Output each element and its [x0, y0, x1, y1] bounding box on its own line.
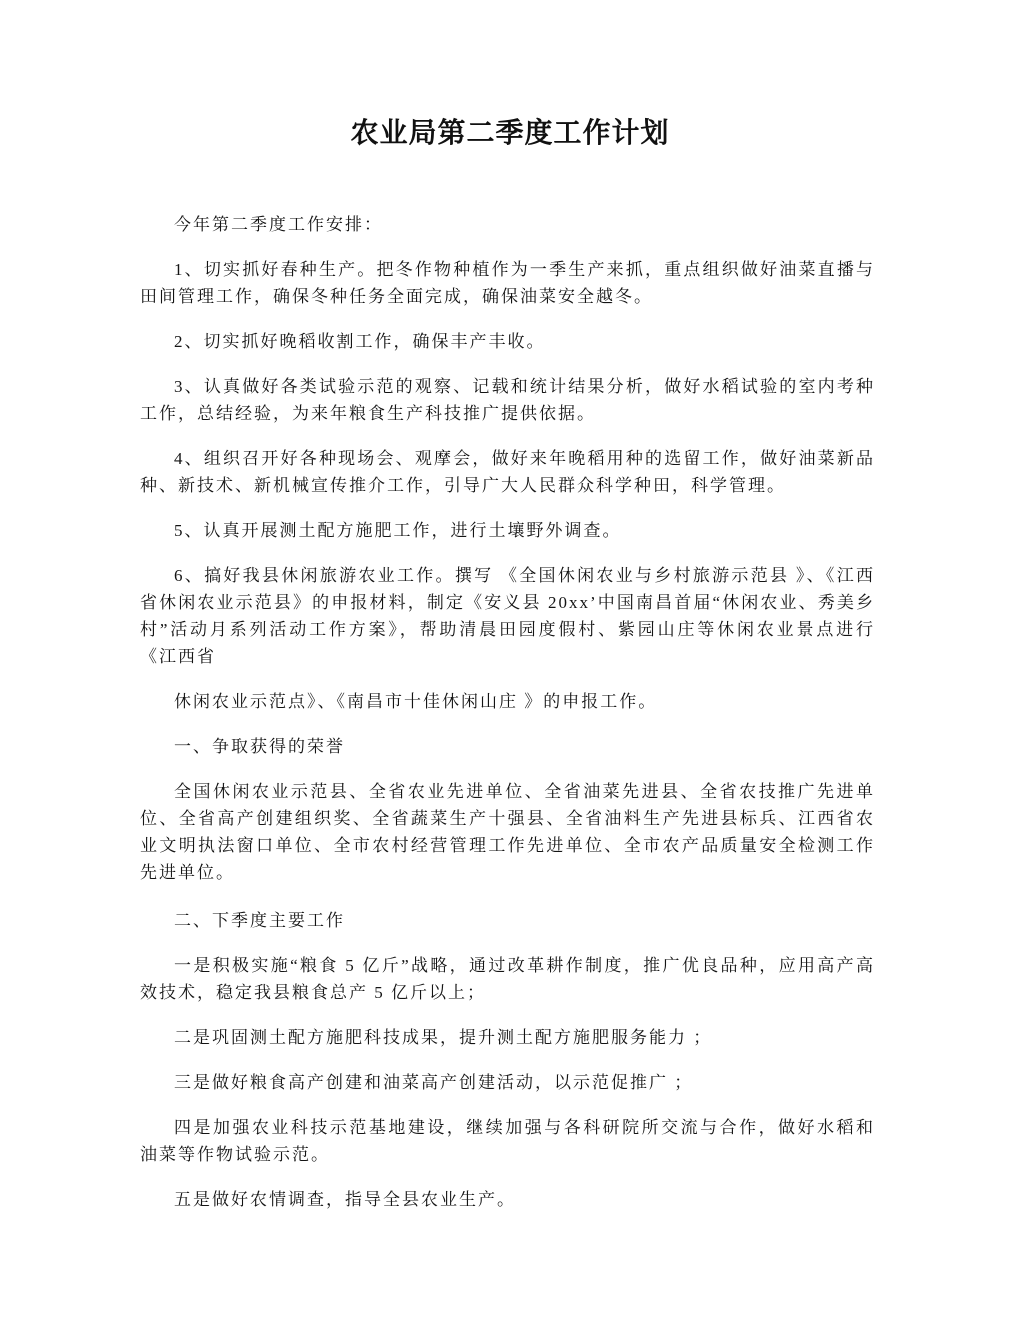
honors-list: 全国休闲农业示范县、全省农业先进单位、全省油菜先进县、全省农技推广先进单位、全省…	[140, 778, 875, 886]
numbered-item-1: 1、切实抓好春种生产。把冬作物种植作为一季生产来抓，重点组织做好油菜直播与田间管…	[140, 256, 875, 310]
task-item-2: 二是巩固测土配方施肥科技成果，提升测土配方施肥服务能力 ；	[140, 1024, 875, 1051]
numbered-item-2: 2、切实抓好晚稻收割工作，确保丰产丰收。	[140, 328, 875, 355]
numbered-item-6-continuation: 休闲农业示范点》、《南昌市十佳休闲山庄 》的申报工作。	[140, 688, 875, 715]
section-heading-next-quarter: 二、下季度主要工作	[140, 907, 875, 934]
document-page: 农业局第二季度工作计划 今年第二季度工作安排： 1、切实抓好春种生产。把冬作物种…	[0, 0, 1020, 1320]
document-title-text: 农业局第二季度工作计划	[350, 118, 669, 149]
numbered-item-3: 3、认真做好各类试验示范的观察、记载和统计结果分析，做好水稻试验的室内考种工作，…	[140, 373, 875, 427]
numbered-item-6: 6、搞好我县休闲旅游农业工作。撰写 《全国休闲农业与乡村旅游示范县 》、《江西省…	[140, 562, 875, 670]
numbered-item-4: 4、组织召开好各种现场会、观摩会，做好来年晚稻用种的选留工作，做好油菜新品种、新…	[140, 445, 875, 499]
numbered-item-5: 5、认真开展测土配方施肥工作，进行土壤野外调查。	[140, 517, 875, 544]
intro-line: 今年第二季度工作安排：	[140, 211, 875, 238]
section-heading-honors: 一、争取获得的荣誉	[140, 733, 875, 760]
document-body: 今年第二季度工作安排： 1、切实抓好春种生产。把冬作物种植作为一季生产来抓，重点…	[140, 211, 875, 1213]
document-title: 农业局第二季度工作计划	[0, 0, 1020, 149]
task-item-3: 三是做好粮食高产创建和油菜高产创建活动，以示范促推广 ；	[140, 1069, 875, 1096]
task-item-4: 四是加强农业科技示范基地建设，继续加强与各科研院所交流与合作，做好水稻和油菜等作…	[140, 1114, 875, 1168]
task-item-5: 五是做好农情调查，指导全县农业生产。	[140, 1186, 875, 1213]
task-item-1: 一是积极实施“粮食 5 亿斤”战略，通过改革耕作制度，推广优良品种，应用高产高效…	[140, 952, 875, 1006]
